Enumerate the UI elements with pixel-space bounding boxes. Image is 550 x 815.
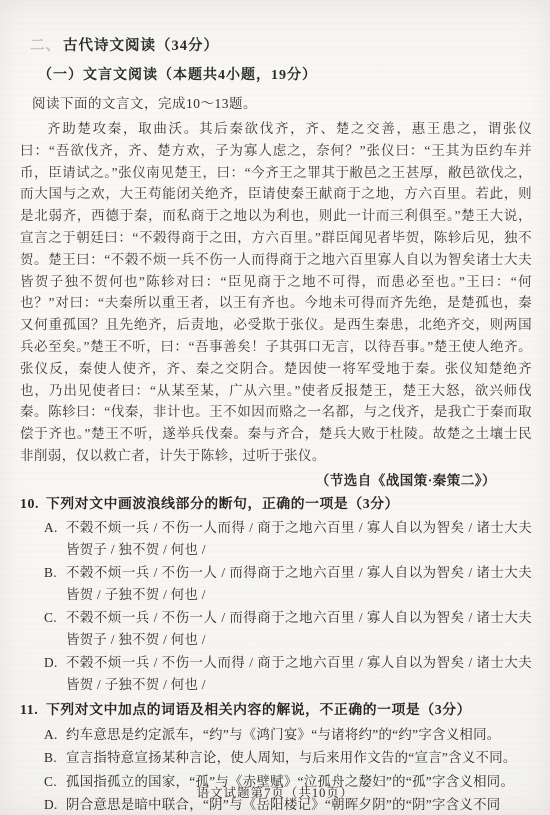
question-11-stem-text: 下列对文中加点的词语及相关内容的解说，不正确的一项是（3分） — [46, 699, 471, 721]
question-11-number: 11. — [20, 699, 46, 721]
question-11-option-b: B. 宣言指特意宣扬某种言论，使人周知，与后来用作文告的“宣言”含义不同。 — [44, 746, 532, 770]
question-10-option-d: D. 不榖不烦一兵 / 不伤一人而得 / 商于之地六百里 / 寡人自以为智矣 /… — [44, 652, 532, 697]
question-11-option-a: A. 约车意思是约定派车，“约”与《鸿门宴》“与诸将约”的“约”字含义相同。 — [44, 723, 532, 747]
option-d-text: 不榖不烦一兵 / 不伤一人而得 / 商于之地六百里 / 寡人自以为智矣 / 诸士… — [66, 652, 532, 697]
classical-passage: 齐助楚攻秦，取曲沃。其后秦欲伐齐，齐、楚之交善，惠王患之，谓张仪曰：“吾欲伐齐，… — [20, 118, 532, 467]
page-number-footer: 语文试题第7页（共10页） — [0, 783, 550, 801]
section-heading: 二、古代诗文阅读（34分） — [30, 34, 532, 55]
section-number-faint: 二、 — [30, 38, 61, 54]
question-10-stem-text: 下列对文中画波浪线部分的断句，正确的一项是（3分） — [46, 493, 399, 515]
reading-instruction: 阅读下面的文言文，完成10～13题。 — [32, 92, 532, 112]
option-a-label: A. — [44, 723, 66, 747]
exam-paper-page: 二、古代诗文阅读（34分） （一）文言文阅读（本题共4小题，19分） 阅读下面的… — [0, 0, 550, 815]
option-a-label: A. — [44, 517, 66, 562]
option-b-label: B. — [44, 562, 66, 607]
passage-attribution: （节选自《战国策·秦策二》） — [20, 469, 496, 489]
option-a-text: 约车意思是约定派车，“约”与《鸿门宴》“与诸将约”的“约”字含义相同。 — [66, 723, 532, 747]
section-title-text: 古代诗文阅读（34分） — [63, 38, 219, 54]
question-10-option-a: A. 不榖不烦一兵 / 不伤一人而得 / 商于之地六百里 / 寡人自以为智矣 /… — [44, 517, 532, 562]
page-number-label: 语文试题第7页（共10页） — [197, 786, 354, 800]
option-c-label: C. — [44, 607, 66, 652]
option-a-text: 不榖不烦一兵 / 不伤一人而得 / 商于之地六百里 / 寡人自以为智矣 / 诸士… — [66, 517, 532, 562]
question-10-option-c: C. 不榖不烦一兵 / 不伤一人 / 而得商于之地六百里 / 寡人自以为智矣 /… — [44, 607, 532, 652]
question-10: 10. 下列对文中画波浪线部分的断句，正确的一项是（3分） A. 不榖不烦一兵 … — [20, 493, 532, 697]
option-b-text: 宣言指特意宣扬某种言论，使人周知，与后来用作文告的“宣言”含义不同。 — [66, 746, 532, 770]
question-11-stem: 11. 下列对文中加点的词语及相关内容的解说，不正确的一项是（3分） — [20, 699, 532, 721]
subsection-heading: （一）文言文阅读（本题共4小题，19分） — [38, 64, 532, 84]
option-d-label: D. — [44, 652, 66, 697]
question-10-stem: 10. 下列对文中画波浪线部分的断句，正确的一项是（3分） — [20, 493, 532, 515]
option-c-text: 不榖不烦一兵 / 不伤一人 / 而得商于之地六百里 / 寡人自以为智矣 / 诸士… — [66, 607, 532, 652]
question-10-option-b: B. 不榖不烦一兵 / 不伤一人 / 而得商于之地六百里 / 寡人自以为智矣 /… — [44, 562, 532, 607]
question-10-number: 10. — [20, 493, 46, 515]
option-b-label: B. — [44, 746, 66, 770]
option-b-text: 不榖不烦一兵 / 不伤一人 / 而得商于之地六百里 / 寡人自以为智矣 / 诸士… — [66, 562, 532, 607]
